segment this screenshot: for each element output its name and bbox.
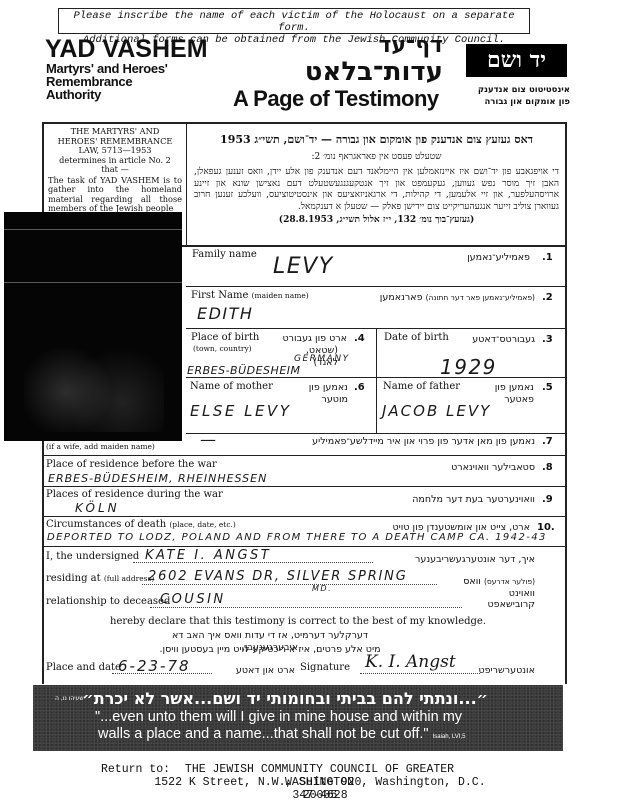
place-date-value[interactable]: 6-23-78 bbox=[118, 657, 191, 675]
english-quote-line-2: walls a place and a name...that shall no… bbox=[98, 726, 465, 746]
field-number-7: .7 bbox=[542, 436, 553, 447]
address-value[interactable]: 2602 EVANS DR, SILVER SPRING bbox=[148, 569, 408, 584]
residence-during-war-label: Places of residence during the war bbox=[46, 489, 223, 501]
family-name-value[interactable]: LEVY bbox=[273, 254, 334, 279]
isaiah-quote-banner: ישעיהו נו, ה ״...ונתתי להם בביתי ובחומות… bbox=[33, 685, 563, 751]
date-of-birth-label: Date of birth bbox=[384, 332, 449, 344]
declaration-statement: hereby declare that this testimony is co… bbox=[110, 616, 486, 628]
hebrew-quote-reference: ישעיהו נו, ה bbox=[55, 695, 85, 702]
org-subtitle: Martyrs' and Heroes' Remembrance Authori… bbox=[46, 62, 168, 101]
place-of-birth-town-value[interactable]: ERBES-BÜDESHEIM bbox=[187, 364, 301, 377]
field-number-9: .9 bbox=[542, 494, 553, 505]
place-of-birth-country-value[interactable]: GERMANY bbox=[294, 354, 350, 364]
undersigned-label-heb: איך, דער אונטערגעשריבענער bbox=[380, 554, 535, 566]
address-value-state[interactable]: MD. bbox=[312, 584, 332, 593]
address-label-heb: (פולער אדרעס) וואס וואוינט bbox=[440, 576, 535, 600]
english-quote-line-1: "...even unto them will I give in mine h… bbox=[95, 709, 462, 726]
relationship-line bbox=[150, 607, 462, 608]
signature-line bbox=[360, 673, 480, 674]
logo-subtitle: אינסטיטוט צום אנדענק פון אומקום און גבור… bbox=[460, 84, 570, 108]
field-number-3: .3 bbox=[542, 334, 553, 345]
address-line bbox=[142, 584, 437, 585]
field-number-6: .6 bbox=[354, 382, 365, 393]
divider bbox=[44, 546, 567, 547]
declaration-statement-heb-2: מיט אלע פרטים, איז א ריכטיקע לויט מיין ב… bbox=[150, 644, 390, 656]
column-divider bbox=[376, 328, 377, 433]
field-number-2: .2 bbox=[542, 292, 553, 303]
divider bbox=[186, 286, 567, 287]
first-name-value[interactable]: EDITH bbox=[197, 304, 253, 323]
spouse-label-heb: נאמען פון מאן אדער פון פרוי און איר מייד… bbox=[290, 436, 535, 448]
page-title: A Page of Testimony bbox=[233, 86, 439, 112]
divider bbox=[44, 516, 567, 517]
circumstances-of-death-value[interactable]: DEPORTED TO LODZ, POLAND AND FROM THERE … bbox=[47, 532, 547, 543]
undersigned-label: I, the undersigned bbox=[46, 551, 139, 563]
org-name: YAD VASHEM bbox=[45, 37, 208, 61]
return-to-phone: 347-4628 bbox=[150, 789, 490, 802]
mother-name-label: Name of mother bbox=[190, 381, 273, 393]
residence-during-war-value[interactable]: KÖLN bbox=[75, 501, 120, 515]
father-name-value[interactable]: JACOB LEVY bbox=[382, 402, 491, 420]
place-of-birth-label: Place of birth bbox=[191, 332, 259, 344]
first-name-label-heb: (פאמיליע־נאמען פאר דער חתונה) פארנאמען bbox=[365, 292, 535, 304]
yiddish-title: עדות־בלאט bbox=[300, 58, 443, 86]
family-name-label-heb: פאמיליע־נאמען bbox=[420, 252, 530, 264]
instruction-notice: Please inscribe the name of each victim … bbox=[58, 8, 530, 34]
divider bbox=[186, 377, 567, 378]
circumstances-of-death-label: Circumstances of death (place, date, etc… bbox=[46, 519, 236, 531]
hebrew-quote: ״...ונתתי להם בביתי ובחומותי יד ושם...אש… bbox=[82, 690, 488, 708]
spouse-value[interactable]: — bbox=[200, 430, 218, 449]
yad-vashem-logo: יד ושם bbox=[466, 44, 567, 77]
divider bbox=[186, 433, 567, 434]
place-date-label-heb: ארט און דאטע bbox=[225, 665, 295, 677]
residence-during-war-label-heb: וואוינערטער בעת דער מלחמה bbox=[400, 494, 535, 506]
date-of-birth-value[interactable]: 1929 bbox=[440, 355, 497, 379]
father-name-label: Name of father bbox=[383, 381, 460, 393]
residence-before-war-value[interactable]: ERBES-BÜDESHEIM, RHEINHESSEN bbox=[48, 472, 267, 485]
relationship-label-heb: קרובישאפט bbox=[465, 599, 535, 611]
field-number-5: .5 bbox=[542, 382, 553, 393]
place-date-label: Place and date bbox=[46, 662, 121, 674]
signature-label-heb: אונטערשריפט bbox=[480, 665, 535, 677]
law-excerpt-yiddish: דאס געזעץ צום אנדענק פון אומקום און גבור… bbox=[188, 124, 565, 246]
mother-name-value[interactable]: ELSE LEVY bbox=[190, 402, 291, 420]
field-number-1: .1 bbox=[542, 252, 553, 263]
divider bbox=[44, 486, 567, 487]
relationship-value[interactable]: COUSIN bbox=[160, 592, 226, 607]
victim-photo bbox=[4, 212, 182, 441]
spouse-sublabel: (if a wife, add maiden name) bbox=[46, 442, 155, 452]
mother-name-label-heb: נאמען פון מוטער bbox=[282, 382, 348, 406]
return-to-label: Return to: bbox=[101, 763, 170, 776]
signature-value[interactable]: K. I. Angst bbox=[365, 652, 456, 672]
field-number-8: .8 bbox=[542, 462, 553, 473]
divider bbox=[44, 455, 567, 456]
undersigned-value[interactable]: KATE I. ANGST bbox=[145, 548, 271, 563]
hebrew-title-1: דף־עד bbox=[340, 34, 443, 58]
signature-label: Signature bbox=[300, 662, 350, 674]
address-label: residing at (full address) bbox=[46, 573, 154, 585]
residence-before-war-label-heb: סטאבילער וואוינארט bbox=[420, 462, 535, 474]
family-name-label: Family name bbox=[192, 249, 257, 261]
place-of-birth-label-heb: ארט פון געבורט bbox=[272, 333, 347, 345]
first-name-label: First Name (maiden name) bbox=[191, 290, 309, 302]
field-number-4: .4 bbox=[354, 333, 365, 344]
date-of-birth-label-heb: געבורטס־דאטע bbox=[455, 334, 535, 346]
place-of-birth-sublabel: (town, country) bbox=[193, 344, 252, 354]
residence-before-war-label: Place of residence before the war bbox=[46, 459, 217, 471]
notice-line-1: Please inscribe the name of each victim … bbox=[59, 10, 529, 34]
